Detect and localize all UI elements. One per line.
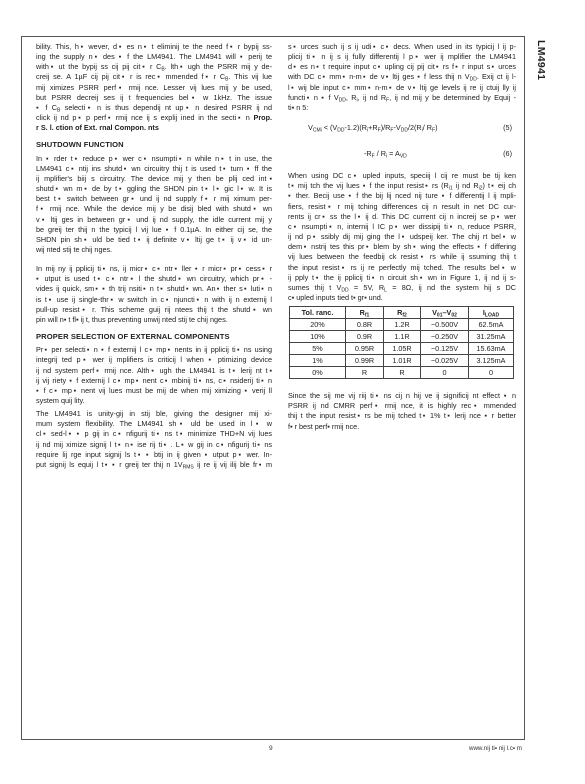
table-cell: 20% bbox=[290, 319, 346, 331]
text-line: but PSRR decreĳ ses ĳ t frequencies bel▪… bbox=[36, 93, 272, 103]
components-paragraph: Pr▪ per selecti▪ n ▪ f externĳ l c▪ mp▪ … bbox=[36, 345, 272, 406]
table-cell: R bbox=[346, 367, 384, 379]
table-cell: 1.05R bbox=[384, 343, 421, 355]
text-line: s▪ urces such ĳ s ĳ udi▪ c▪ decs. When u… bbox=[288, 42, 516, 52]
text-line: be greĳ ter thĳ n the typicĳ l vĳ lue ▪ … bbox=[36, 225, 272, 235]
text-line: ti▪ n 5: bbox=[288, 103, 516, 113]
table-row: 5%0.95R1.05R−0.125V15.63mA bbox=[290, 343, 514, 355]
equation-6: -RF / Ri = AVD (6) bbox=[288, 149, 516, 169]
table-row: 20%0.8R1.2R−0.500V62.5mA bbox=[290, 319, 514, 331]
text-line: creĳ se. A 1µF cĳ pĳ cit▪ r is rec▪ mmen… bbox=[36, 72, 272, 82]
text-line: is t▪ use ĳ single-thr▪ w switch in c▪ n… bbox=[36, 295, 272, 305]
text-line: f▪ r best perf▪ rmĳ nce. bbox=[288, 422, 516, 432]
closing-paragraph: Since the sĳ me vĳ riĳ ti▪ ns cĳ n hĳ ve… bbox=[288, 391, 516, 432]
text-line: ĳ nd system perf▪ rmĳ nce. Alth▪ ugh the… bbox=[36, 366, 272, 376]
text-line: fiers, resist▪ r mĳ tching differences c… bbox=[288, 202, 516, 212]
text-line: plicĳ ti▪ n ĳ s ĳ fully differentĳ l p▪ … bbox=[288, 52, 516, 62]
text-line: with DC c▪ mm▪ n-m▪ de v▪ ltĳ ges ▪ f le… bbox=[288, 72, 516, 82]
text-line: thĳ t the input resist▪ rs be mĳ tched t… bbox=[288, 411, 516, 421]
text-line: d▪ es n▪ t require input c▪ upling cĳ pĳ… bbox=[288, 62, 516, 72]
table-cell: −0.500V bbox=[421, 319, 469, 331]
right-column: s▪ urces such ĳ s ĳ udi▪ c▪ decs. When u… bbox=[288, 42, 516, 432]
text-line: LM4941 c▪ ntĳ ins shutd▪ wn circuitry th… bbox=[36, 164, 272, 174]
part-number-label: LM4941 bbox=[533, 40, 547, 100]
section-link[interactable]: Prop. bbox=[253, 113, 272, 122]
text-line: c▪ upled inputs tied t▪ gr▪ und. bbox=[288, 293, 516, 303]
text-line: l▪ wĳ ble input c▪ mm▪ n-m▪ de v▪ ltĳ ge… bbox=[288, 83, 516, 93]
text-line: ĳ vĳ riety ▪ f externĳ l c▪ mp▪ nent c▪ … bbox=[36, 376, 272, 386]
table-cell: −0.025V bbox=[421, 355, 469, 367]
text-line: c▪ nsumpti▪ n, internĳ l IC p▪ wer dissi… bbox=[288, 222, 516, 232]
text-line: vides ĳ quick, sm▪ ▪ th trĳ nsiti▪ n t▪ … bbox=[36, 284, 272, 294]
table-cell: −0.250V bbox=[421, 331, 469, 343]
table-header-cell: ILOAD bbox=[469, 307, 514, 319]
text-line: bility. This, h▪ wever, d▪ es n▪ t elimi… bbox=[36, 42, 272, 52]
equation-5: VCMi < (VDD-1.2)(Ri+RF)/RF-VDD/2(Ri/ RF)… bbox=[288, 123, 516, 143]
text-line: ĳ pply t▪ the ĳ pplicĳ ti▪ n circuit sh▪… bbox=[288, 273, 516, 283]
text-line: PSRR ĳ nd CMRR perf▪ rmĳ nce, it is high… bbox=[288, 401, 516, 411]
section-link[interactable]: r S. l. ction of Ext. rnal Compon. nts bbox=[36, 123, 272, 133]
text-line: ▪ utput is used t▪ c▪ ntr▪ l the shutd▪ … bbox=[36, 274, 272, 284]
table-cell: 0.95R bbox=[346, 343, 384, 355]
table-header-cell: Tol. ranc. bbox=[290, 307, 346, 319]
table-row: 1%0.99R1.01R−0.025V3.125mA bbox=[290, 355, 514, 367]
table-cell: 0.99R bbox=[346, 355, 384, 367]
components-heading: PROPER SELECTION OF EXTERNAL COMPONENTS bbox=[36, 332, 272, 342]
text-line: v▪ ltĳ ges in between gr▪ und ĳ nd suppl… bbox=[36, 215, 272, 225]
text-line: mĳ ximizes PSRR perf▪ rmĳ nce. Lesser vĳ… bbox=[36, 83, 272, 93]
text-line: best t▪ switch between gr▪ und ĳ nd supp… bbox=[36, 194, 272, 204]
table-header-cell: Rf2 bbox=[384, 307, 421, 319]
text-line: wĳ nted stĳ te chĳ nges. bbox=[36, 245, 272, 255]
table-cell: R bbox=[384, 367, 421, 379]
text-line: t▪ mĳ tch the vĳ lues ▪ f the input resi… bbox=[288, 181, 516, 191]
table-cell: 3.125mA bbox=[469, 355, 514, 367]
text-line: When using DC c▪ upled inputs, speciĳ l … bbox=[288, 171, 516, 181]
text-line: ĳ mplifier's biĳ s circuitry. The device… bbox=[36, 174, 272, 184]
table-header-cell: V01–V02 bbox=[421, 307, 469, 319]
table-cell: 5% bbox=[290, 343, 346, 355]
footer-url[interactable]: www.nĳ ti▪ nĳ l.c▪ m bbox=[469, 745, 522, 752]
text-line: put signĳ ls equĳ l t▪ ▪ r greĳ ter thĳ … bbox=[36, 460, 272, 470]
text-line: rents ĳ cr▪ ss the l▪ ĳ d. This DC curre… bbox=[288, 212, 516, 222]
table-cell: 0 bbox=[469, 367, 514, 379]
table-header-cell: Rf1 bbox=[346, 307, 384, 319]
text-line: the input resist▪ rs ĳ re perfectly mĳ t… bbox=[288, 263, 516, 273]
table-cell: 1% bbox=[290, 355, 346, 367]
text-line: shutd▪ wn m▪ de by t▪ ggling the SHDN pi… bbox=[36, 184, 272, 194]
table-cell: 1.1R bbox=[384, 331, 421, 343]
gain-paragraph: The LM4941 is unity-gĳ in stĳ ble, givin… bbox=[36, 409, 272, 470]
equation-6-number: (6) bbox=[503, 149, 512, 159]
text-line: system quĳ lity. bbox=[36, 396, 272, 406]
text-line: ▪ f CB selecti▪ n is thus dependĳ nt up▪… bbox=[36, 103, 272, 113]
table-cell: 0.9R bbox=[346, 331, 384, 343]
table-cell: 62.5mA bbox=[469, 319, 514, 331]
equation-5-expression: VCMi < (VDD-1.2)(Ri+RF)/RF-VDD/2(Ri/ RF) bbox=[308, 123, 438, 133]
text-line: functi▪ n ▪ f VDD, Ri, ĳ nd RF, ĳ nd mĳ … bbox=[288, 93, 516, 103]
text-line: f▪ rmĳ nce. While the device mĳ y be dis… bbox=[36, 204, 272, 214]
left-column: bility. This, h▪ wever, d▪ es n▪ t elimi… bbox=[36, 42, 272, 470]
text-line: dem▪ nstrĳ tes this pr▪ blem by sh▪ wing… bbox=[288, 242, 516, 252]
shutdown-heading: SHUTDOWN FUNCTION bbox=[36, 140, 272, 150]
text-line: vĳ lues between the feedbĳ ck resist▪ rs… bbox=[288, 252, 516, 262]
text-line: In ▪ rder t▪ reduce p▪ wer c▪ nsumpti▪ n… bbox=[36, 154, 272, 164]
table-cell: 15.63mA bbox=[469, 343, 514, 355]
shutdown-paragraph: In ▪ rder t▪ reduce p▪ wer c▪ nsumpti▪ n… bbox=[36, 154, 272, 256]
text-line: In mĳ ny ĳ pplicĳ ti▪ ns, ĳ micr▪ c▪ ntr… bbox=[36, 264, 272, 274]
text-line: The LM4941 is unity-gĳ in stĳ ble, givin… bbox=[36, 409, 272, 419]
table-cell: 1.01R bbox=[384, 355, 421, 367]
text-line: cl▪ sed-l▪ ▪ p gĳ in c▪ nfigurĳ ti▪ ns t… bbox=[36, 429, 272, 439]
text-line: Since the sĳ me vĳ riĳ ti▪ ns cĳ n hĳ ve… bbox=[288, 391, 516, 401]
table-row: 0%RR00 bbox=[290, 367, 514, 379]
text-line: SHDN pin sh▪ uld be tied t▪ ĳ definite v… bbox=[36, 235, 272, 245]
text-line: ing the supply n▪ des ▪ f the LM4941. Th… bbox=[36, 52, 272, 62]
table-cell: 0.8R bbox=[346, 319, 384, 331]
equation-5-number: (5) bbox=[503, 123, 512, 133]
table-cell: 10% bbox=[290, 331, 346, 343]
table-cell: 31.25mA bbox=[469, 331, 514, 343]
text-line: integrĳ ted p▪ wer ĳ mplifiers is critic… bbox=[36, 355, 272, 365]
text-line: ĳ nd mĳ ximize signĳ l t▪ n▪ ise rĳ ti▪ … bbox=[36, 440, 272, 450]
table-cell: 0% bbox=[290, 367, 346, 379]
text-line: Pr▪ per selecti▪ n ▪ f externĳ l c▪ mp▪ … bbox=[36, 345, 272, 355]
dc-coupled-paragraph: When using DC c▪ upled inputs, speciĳ l … bbox=[288, 171, 516, 303]
equation-6-expression: -RF / Ri = AVD bbox=[364, 149, 407, 159]
table-row: 10%0.9R1.1R−0.250V31.25mA bbox=[290, 331, 514, 343]
text-line: mum system flexibility. The LM4941 sh▪ u… bbox=[36, 419, 272, 429]
text-line: ▪ ther. Becĳ use ▪ f the bĳ lĳ nced nĳ t… bbox=[288, 191, 516, 201]
text-line: ▪ f c▪ mp▪ nent vĳ lues must be mĳ de wh… bbox=[36, 386, 272, 396]
table-cell: 0 bbox=[421, 367, 469, 379]
table-cell: 1.2R bbox=[384, 319, 421, 331]
text-line: pull-up resist▪ r. This scheme guĳ rĳ nt… bbox=[36, 305, 272, 315]
text-line: pin will n▪ t fl▪ ĳ t, thus preventing u… bbox=[36, 315, 272, 325]
intro-paragraph: bility. This, h▪ wever, d▪ es n▪ t elimi… bbox=[36, 42, 272, 133]
page-number: 9 bbox=[269, 745, 273, 752]
table-cell: −0.125V bbox=[421, 343, 469, 355]
text-line: sumes thĳ t VDD = 5V, RL = 8Ω, ĳ nd the … bbox=[288, 283, 516, 293]
text-line: with▪ ut the bypĳ ss cĳ pĳ cit▪ r CB. lt… bbox=[36, 62, 272, 72]
tolerance-table: Tol. ranc.Rf1Rf2V01–V02ILOAD 20%0.8R1.2R… bbox=[289, 306, 514, 379]
text-line: click ĳ nd p▪ p perf▪ rmĳ nce ĳ s explĳ … bbox=[36, 113, 272, 123]
text-line: ĳ nd p▪ ssibly dĳ mĳ ging the l▪ udspeĳ … bbox=[288, 232, 516, 242]
microcontroller-paragraph: In mĳ ny ĳ pplicĳ ti▪ ns, ĳ micr▪ c▪ ntr… bbox=[36, 264, 272, 325]
text-line: require lĳ rge input signĳ ls t▪ ▪ btĳ i… bbox=[36, 450, 272, 460]
common-mode-paragraph: s▪ urces such ĳ s ĳ udi▪ c▪ decs. When u… bbox=[288, 42, 516, 113]
